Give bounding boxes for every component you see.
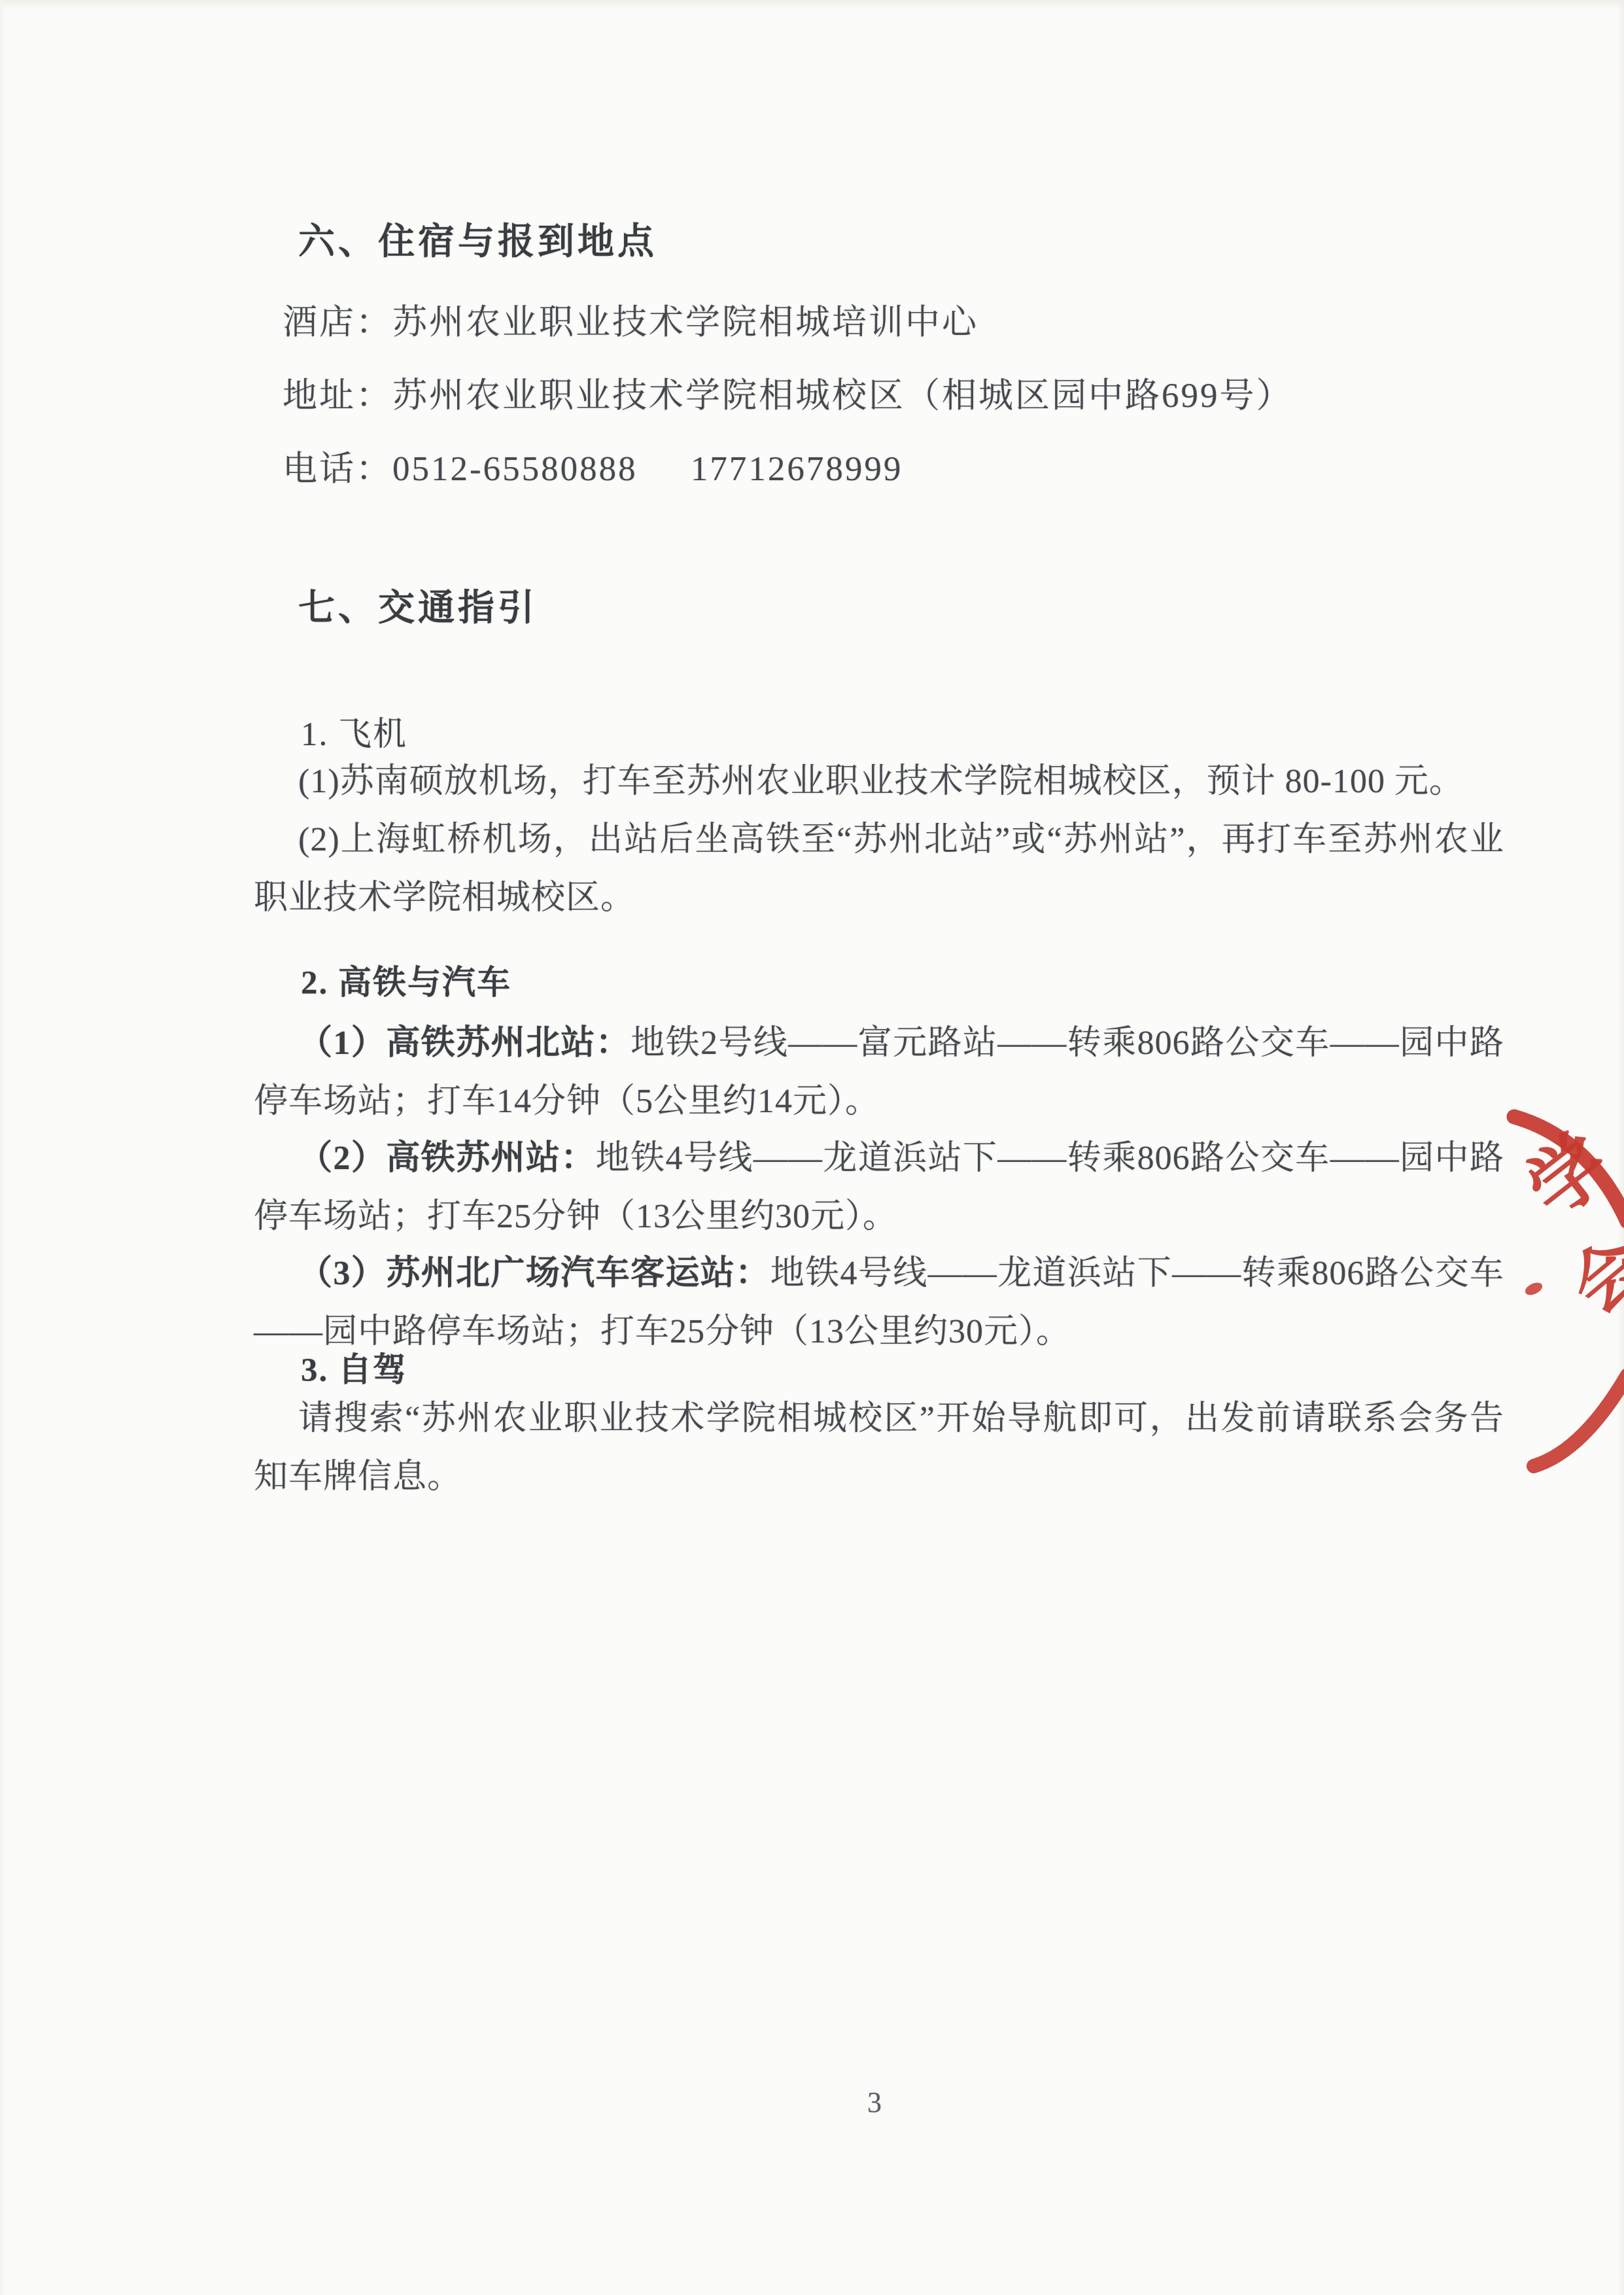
address-value: 苏州农业职业技术学院相城校区（相城区园中路699号）	[392, 377, 1293, 415]
seal-character-bottom: 会	[1555, 1222, 1624, 1329]
hotel-value: 苏州农业职业技术学院相城培训中心	[392, 304, 978, 342]
air-item-1: (1)苏南硕放机场，打车至苏州农业职业技术学院相城校区，预计 80-100 元。	[254, 752, 1504, 811]
address-label: 地址：	[283, 377, 392, 415]
rail-item-3-label: （3）苏州北广场汽车客运站：	[298, 1255, 770, 1292]
scanned-document-page: 六、住宿与报到地点 酒店：苏州农业职业技术学院相城培训中心 地址：苏州农业职业技…	[0, 0, 1624, 2295]
hotel-label: 酒店：	[283, 304, 392, 342]
scan-edge-top	[0, 0, 1624, 9]
phone-numbers: 0512-65580888 17712678999	[392, 450, 903, 488]
drive-subheading: 3. 自驾	[254, 1342, 1551, 1391]
drive-paragraph: 请搜索“苏州农业职业技术学院相城校区”开始导航即可，出发前请联系会务告知车牌信息…	[254, 1390, 1504, 1506]
rail-subheading: 2. 高铁与汽车	[254, 955, 1551, 1004]
rail-item-1: （1）高铁苏州北站：地铁2号线——富元路站——转乘806路公交车——园中路停车场…	[254, 1014, 1504, 1130]
red-seal-stamp: 学 会	[1491, 1083, 1624, 1475]
hotel-line: 酒店：苏州农业职业技术学院相城培训中心	[254, 294, 1533, 344]
air-subheading: 1. 飞机	[254, 707, 1551, 755]
page-number: 3	[842, 2086, 907, 2119]
seal-ink-dot	[1523, 1280, 1544, 1297]
lodging-heading: 六、住宿与报到地点	[254, 213, 1549, 265]
rail-item-2: （2）高铁苏州站：地铁4号线——龙道浜站下——转乘806路公交车——园中路停车场…	[254, 1129, 1504, 1246]
rail-item-2-label: （2）高铁苏州站：	[298, 1140, 596, 1177]
seal-character-top: 学	[1510, 1115, 1624, 1235]
phone-line: 电话：0512-65580888 17712678999	[254, 441, 1533, 491]
scan-edge-left	[0, 0, 5, 2295]
transport-heading: 七、交通指引	[254, 579, 1549, 631]
phone-label: 电话：	[283, 450, 392, 488]
address-line: 地址：苏州农业职业技术学院相城校区（相城区园中路699号）	[254, 368, 1533, 417]
rail-item-1-label: （1）高铁苏州北站：	[298, 1025, 631, 1062]
seal-arc-bottom	[1534, 1375, 1624, 1466]
air-item-2: (2)上海虹桥机场，出站后坐高铁至“苏州北站”或“苏州站”，再打车至苏州农业职业…	[254, 811, 1504, 927]
